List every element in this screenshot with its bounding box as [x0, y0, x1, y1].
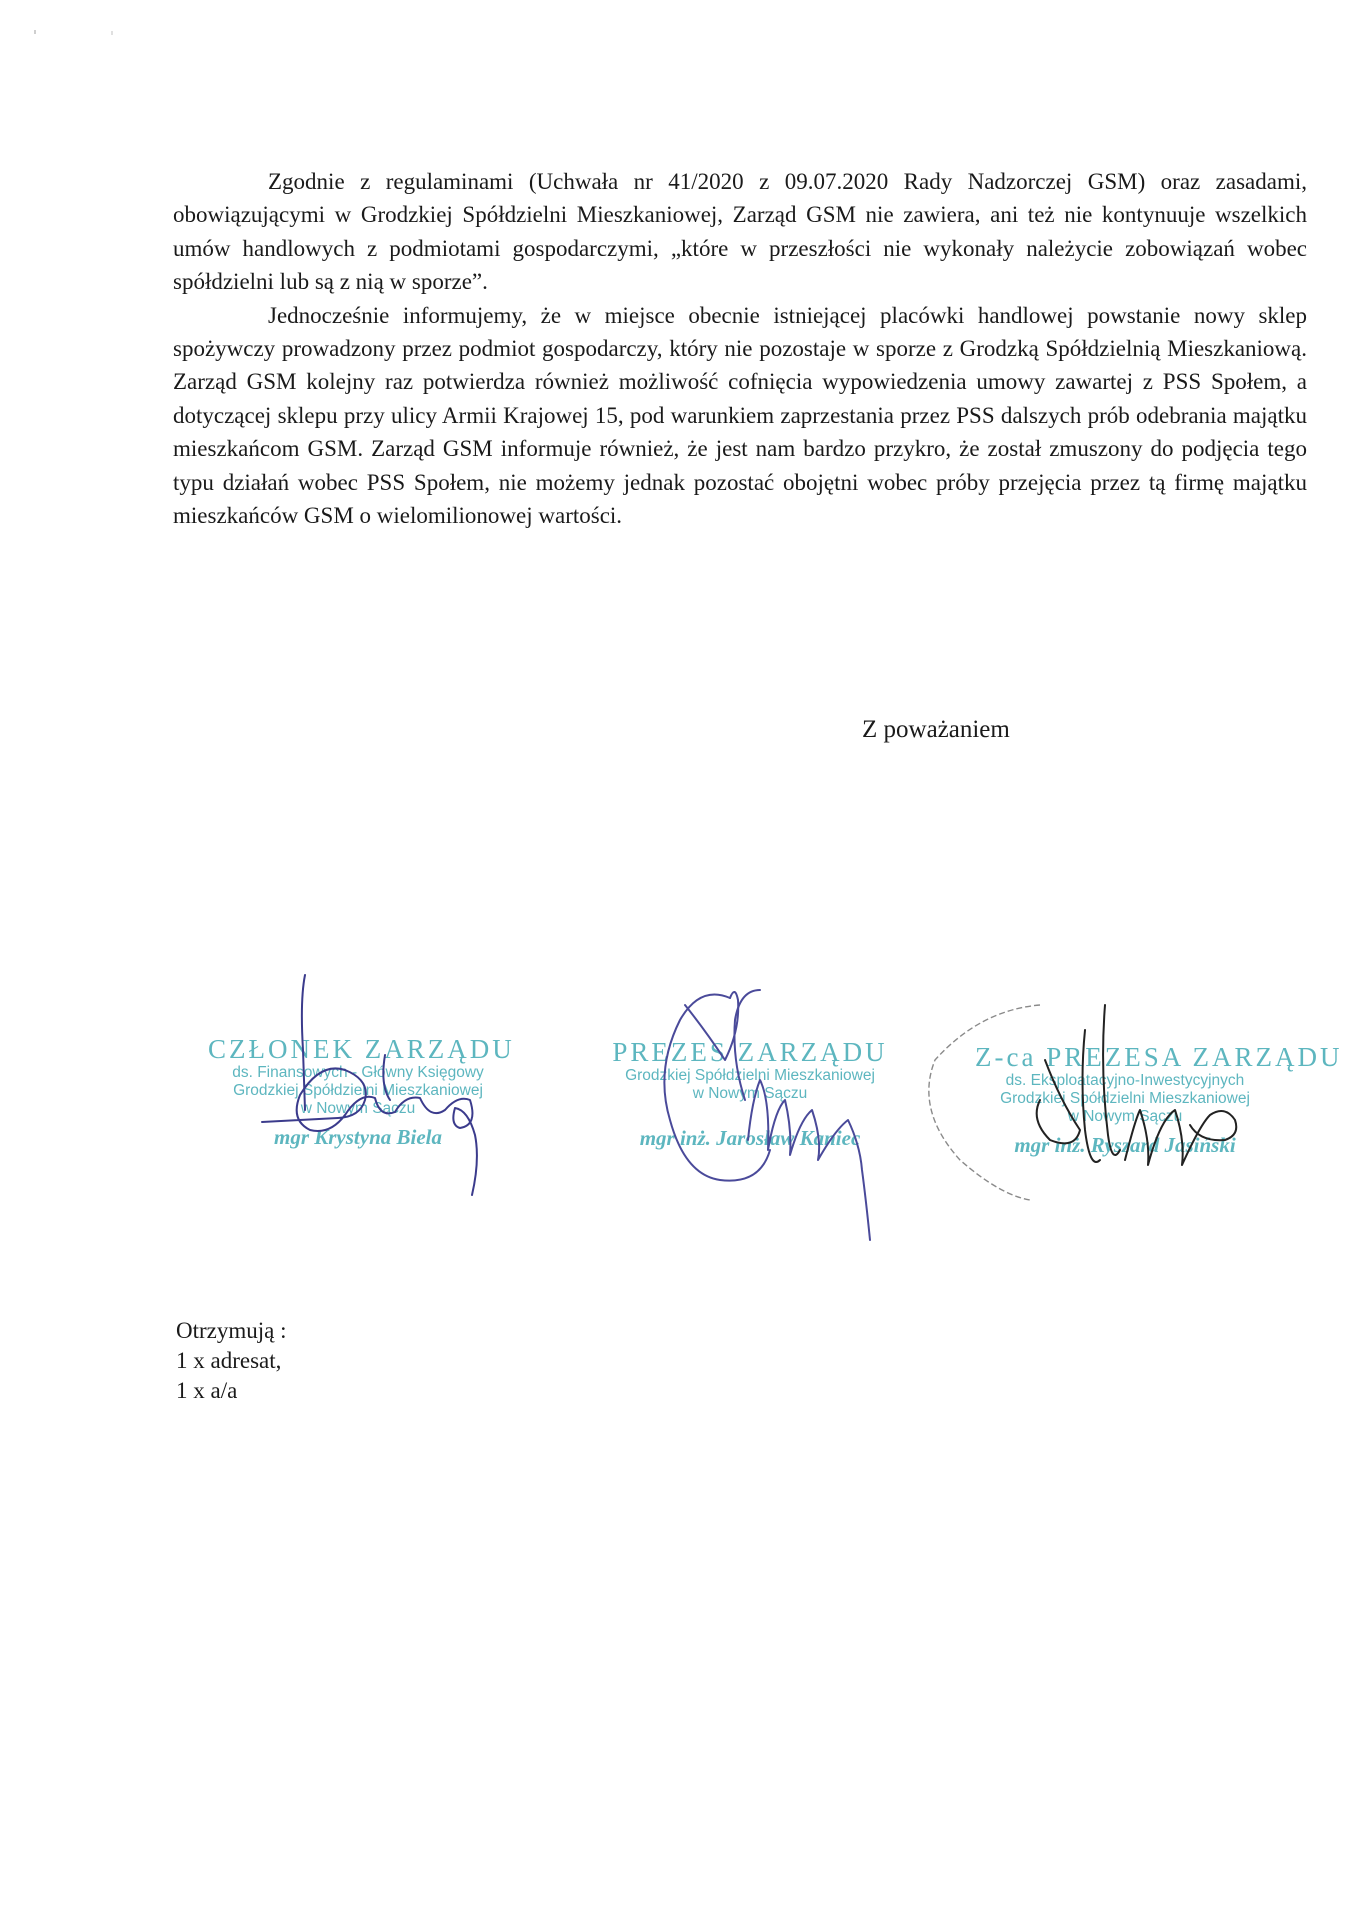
- stamp-line: w Nowym Sączu: [600, 1085, 900, 1103]
- stamp-line: Grodzkiej Spółdzielni Mieszkaniowej: [600, 1067, 900, 1085]
- stamp-line: Grodzkiej Spółdzielni Mieszkaniowej: [975, 1090, 1275, 1108]
- scan-artifact: [34, 30, 36, 34]
- stamp-line: Grodzkiej Spółdzielni Mieszkaniowej: [208, 1082, 508, 1100]
- stamp-name: mgr inż. Jarosław Kaniec: [600, 1125, 900, 1151]
- letter-body: Zgodnie z regulaminami (Uchwała nr 41/20…: [173, 165, 1307, 532]
- stamp-title: CZŁONEK ZARZĄDU: [208, 1034, 508, 1064]
- stamp-line: ds. Eksploatacyjno-Inwestycyjnych: [975, 1072, 1275, 1090]
- scan-artifact: [111, 31, 113, 35]
- stamp-board-member: CZŁONEK ZARZĄDU ds. Finansowych - Główny…: [208, 1034, 508, 1150]
- stamp-line: w Nowym Sączu: [975, 1108, 1275, 1126]
- paragraph: Zgodnie z regulaminami (Uchwała nr 41/20…: [173, 165, 1307, 299]
- stamp-line: w Nowym Sączu: [208, 1100, 508, 1118]
- stamp-name: mgr Krystyna Biela: [208, 1124, 508, 1150]
- stamp-title: Z-ca PREZESA ZARZĄDU: [975, 1042, 1275, 1072]
- recipient-item: 1 x adresat,: [176, 1346, 287, 1376]
- stamp-line: ds. Finansowych - Główny Księgowy: [208, 1064, 508, 1082]
- stamp-vice-president: Z-ca PREZESA ZARZĄDU ds. Eksploatacyjno-…: [975, 1042, 1275, 1158]
- stamp-name: mgr inż. Ryszard Jasiński: [975, 1132, 1275, 1158]
- stamp-title: PREZES ZARZĄDU: [600, 1037, 900, 1067]
- recipients-list: Otrzymują : 1 x adresat, 1 x a/a: [176, 1316, 287, 1406]
- paragraph: Jednocześnie informujemy, że w miejsce o…: [173, 299, 1307, 533]
- recipients-heading: Otrzymują :: [176, 1316, 287, 1346]
- closing-salutation: Z poważaniem: [862, 716, 1010, 744]
- recipient-item: 1 x a/a: [176, 1376, 287, 1406]
- stamp-president: PREZES ZARZĄDU Grodzkiej Spółdzielni Mie…: [600, 1037, 900, 1151]
